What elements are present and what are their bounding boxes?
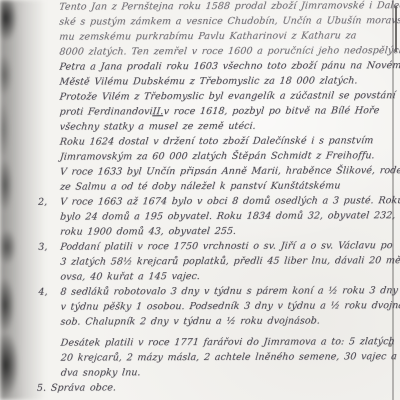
scanned-document-page: Tento Jan z Pernštejna roku 1588 prodal … bbox=[0, 0, 400, 400]
handwritten-line: mu zemskému purkrabímu Pavlu Katharinovi… bbox=[0, 30, 399, 47]
handwritten-line: Tento Jan z Pernštejna roku 1588 prodal … bbox=[0, 0, 399, 17]
handwritten-line: ské s pustým zámkem a vesnice Chudobín, … bbox=[0, 15, 399, 32]
handwritten-line: 8000 zlatých. Ten zemřel v roce 1600 a p… bbox=[0, 45, 399, 62]
handwritten-line: Petra a Jana prodali roku 1603 všechno t… bbox=[0, 60, 399, 77]
handwritten-line: V roce 1633 byl Unčín připsán Anně Marii… bbox=[0, 165, 400, 182]
handwritten-line: Desátek platili v roce 1771 farářovi do … bbox=[1, 336, 400, 353]
section-heading-line: 5.Správa obce. bbox=[1, 381, 400, 398]
handwritten-line: dva snopky lnu. bbox=[1, 366, 400, 383]
paragraph-number: 3, bbox=[38, 242, 47, 253]
handwritten-line: Jimramovským za 60 000 zlatých Štěpán Sc… bbox=[0, 150, 400, 167]
paragraph-number: 2, bbox=[38, 197, 47, 208]
handwritten-line: 3 zlatých 58½ krejcarů poplatků, předli … bbox=[0, 255, 400, 272]
handwritten-line: 3,Poddaní platili v roce 1750 vrchnosti … bbox=[0, 240, 400, 257]
handwritten-line: 20 krejcarů, 2 mázy másla, 2 achtele lně… bbox=[1, 351, 400, 368]
handwritten-line: ovsa, 40 kuřat a 145 vajec. bbox=[0, 270, 400, 287]
handwritten-line-with-underline: proti Ferdinandovi II. v roce 1618, pozb… bbox=[0, 105, 400, 122]
handwritten-line: roku 1900 domů 43, obyvatel 255. bbox=[0, 225, 400, 242]
handwritten-line: bylo 24 domů a 195 obyvatel. Roku 1834 d… bbox=[0, 210, 400, 227]
handwritten-line: Protože Vilém z Třebomyslic byl evangelí… bbox=[0, 90, 400, 107]
handwritten-line: 2,V roce 1663 až 1674 bylo v obci 8 domů… bbox=[0, 195, 400, 212]
handwritten-line: Městě Vilému Dubskému z Třebomyslic za 1… bbox=[0, 75, 400, 92]
section-number: 5. bbox=[37, 383, 46, 394]
handwritten-line: ze Salmu a od té doby náležel k panství … bbox=[0, 180, 400, 197]
handwritten-line: sob. Chalupník 2 dny v týdnu a ½ roku dv… bbox=[1, 315, 400, 332]
handwritten-line: v týdnu pěšky 1 osobou. Podsedník 3 dny … bbox=[0, 300, 400, 317]
handwritten-text-block: Tento Jan z Pernštejna roku 1588 prodal … bbox=[0, 0, 400, 398]
handwritten-line: 4,8 sedláků robotovalo 3 dny v týdnu s p… bbox=[0, 285, 400, 302]
handwritten-line: Roku 1624 dostal v držení toto zboží Dal… bbox=[0, 135, 400, 152]
paragraph-number: 4, bbox=[38, 287, 47, 298]
handwritten-line: všechny statky a musel ze země utéci. bbox=[0, 120, 400, 137]
